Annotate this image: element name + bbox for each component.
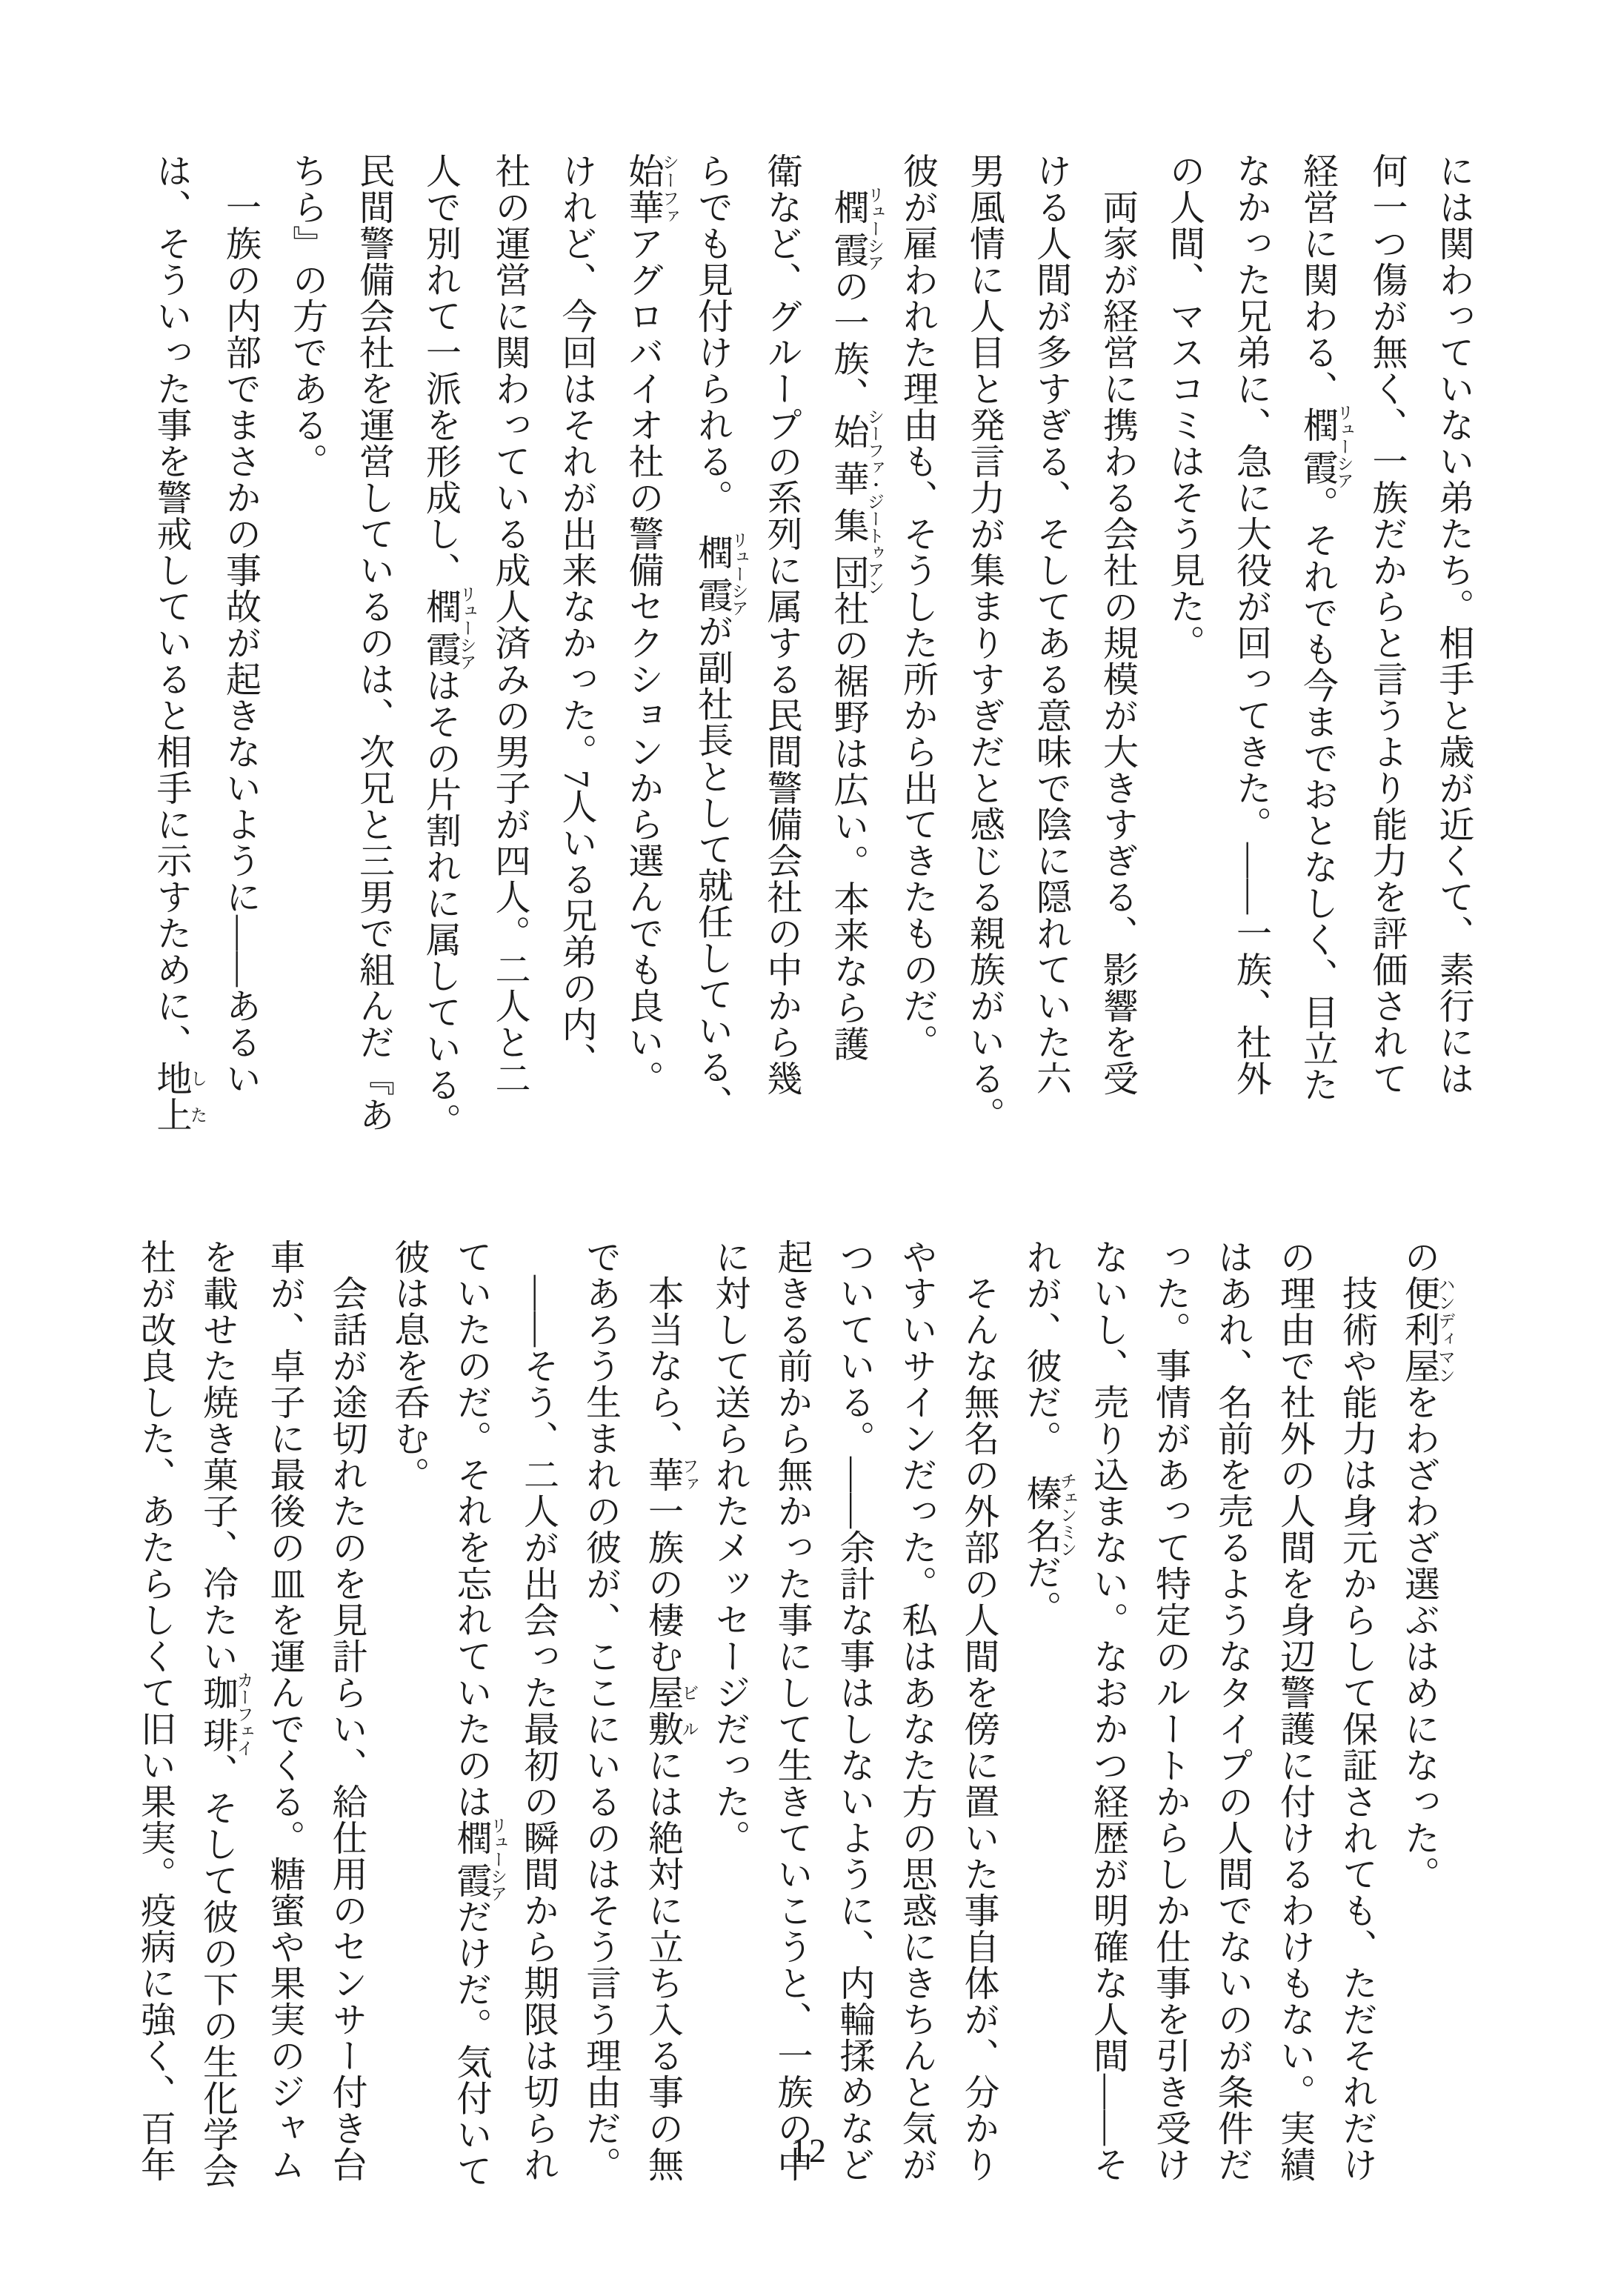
text-column: 衛など、グループの系列に属する民間警備会社の中から幾	[748, 153, 814, 1139]
text-column: はあれ、名前を売るようなタイプの人間でないのが条件だ	[1201, 1239, 1263, 2226]
ruby-annotated-word: 始華集団シーファ・ジートゥアン	[828, 413, 868, 590]
text-column: ていたのだ。それを忘れていたのは橍霞リューシアだけだ。気付いて	[439, 1239, 507, 2226]
text-column: れが、彼だ。 榛名チェンミンだ。	[1009, 1239, 1076, 2226]
text-column: けれど、今回はそれが出来なかった。7人いる兄弟の内、	[542, 153, 609, 1139]
ruby-annotated-word: 珈琲カーフェイ	[198, 1674, 237, 1754]
text-column: ちら』の方である。	[273, 153, 340, 1139]
text-column: の理由で社外の人間を身辺警護に付けるわけもない。実績	[1263, 1239, 1325, 2226]
text-column: に対して送られたメッセージだった。	[698, 1239, 760, 2226]
ruby-annotated-word: 地上した	[151, 1060, 190, 1133]
text-column: やすいサインだった。私はあなた方の思惑にきちんと気が	[885, 1239, 947, 2226]
ruby-annotated-word: 便利屋ハンディマン	[1399, 1275, 1439, 1384]
ruby-annotated-word: 橍霞リューシア	[451, 1820, 490, 1899]
text-column: 一族の内部でまさかの事故が起きないように――あるい	[207, 153, 273, 1139]
text-column: そんな無名の外部の人間を傍に置いた事自体が、分かり	[947, 1239, 1009, 2226]
text-column: 社の運営に関わっている成人済みの男子が四人。二人と二	[476, 153, 542, 1139]
ruby-annotated-word: 榛名チェンミン	[1021, 1475, 1060, 1554]
text-column: 橍霞リューシアの一族、始華集団シーファ・ジートゥアン社の裾野は広い。本来なら護	[814, 153, 884, 1139]
page-number: 12	[0, 2131, 1618, 2170]
ruby-annotated-word: 華ファ	[643, 1457, 682, 1493]
ruby-annotated-word: 橍霞リューシア	[1298, 407, 1337, 486]
text-column: 車が、卓子に最後の皿を運んでくる。糖蜜や果実のジャム	[253, 1239, 315, 2226]
text-column: 本当なら、華ファ一族の棲む屋敷ビルには絶対に立ち入る事の無	[631, 1239, 699, 2226]
ruby-annotated-word: 屋敷ビル	[643, 1674, 682, 1747]
text-column: の人間、マスコミはそう見た。	[1151, 153, 1217, 1139]
ruby-annotated-word: 橍霞リューシア	[421, 588, 460, 668]
text-column: 彼が雇われた理由も、そうした所から出てきたものだ。	[884, 153, 951, 1139]
text-block-top: には関わっていない弟たち。相手と歳が近くて、素行には何一つ傷が無く、一族だからと…	[153, 153, 1486, 1139]
text-column: の便利屋ハンディマンをわざわざ選ぶはめになった。	[1388, 1239, 1455, 2226]
text-column: 起きる前から無かった事にして生きていこうと、一族の中	[760, 1239, 822, 2226]
text-column: った。事情があって特定のルートからしか仕事を引き受け	[1139, 1239, 1201, 2226]
text-column: を載せた焼き菓子、冷たい珈琲カーフェイ、そして彼の下の生化学会	[186, 1239, 253, 2226]
text-column: 彼は息を呑む。	[377, 1239, 439, 2226]
ruby-annotated-word: 橍霞リューシア	[828, 189, 868, 268]
text-column: 民間警備会社を運営しているのは、次兄と三男で組んだ『あ	[340, 153, 407, 1139]
ruby-annotated-word: 始華シーファ	[623, 153, 662, 225]
text-column: ついている。――余計な事はしないように、内輪揉めなど	[822, 1239, 885, 2226]
book-page: には関わっていない弟たち。相手と歳が近くて、素行には何一つ傷が無く、一族だからと…	[0, 0, 1618, 2296]
text-column: であろう生まれの彼が、ここにいるのはそう言う理由だ。	[569, 1239, 631, 2226]
text-column: 技術や能力は身元からして保証されても、ただそれだけ	[1325, 1239, 1388, 2226]
text-column: 社が改良した、あたらしくて旧い果実。疫病に強く、百年	[124, 1239, 186, 2226]
text-column: 男風情に人目と発言力が集まりすぎだと感じる親族がいる。	[951, 153, 1017, 1139]
text-column: 両家が経営に携わる会社の規模が大きすぎる、影響を受	[1084, 153, 1151, 1139]
text-column: 経営に関わる、橍霞リューシア。それでも今までおとなしく、目立た	[1284, 153, 1354, 1139]
text-column: ――そう、二人が出会った最初の瞬間から期限は切られ	[507, 1239, 569, 2226]
text-column: 始華シーファアグロバイオ社の警備セクションから選んでも良い。	[609, 153, 679, 1139]
ruby-annotated-word: 橍霞リューシア	[693, 534, 732, 613]
text-column: なかった兄弟に、急に大役が回ってきた。――一族、社外	[1217, 153, 1284, 1139]
text-column: 何一つ傷が無く、一族だからと言うより能力を評価されて	[1353, 153, 1419, 1139]
text-column: は、そういった事を警戒していると相手に示すために、地上した	[137, 153, 207, 1139]
text-column: には関わっていない弟たち。相手と歳が近くて、素行には	[1419, 153, 1486, 1139]
text-column: らでも見付けられる。 橍霞リューシアが副社長として就任している、	[679, 153, 748, 1139]
text-column: 会話が途切れたのを見計らい、給仕用のセンサー付き台	[315, 1239, 377, 2226]
text-block-bottom: の便利屋ハンディマンをわざわざ選ぶはめになった。 技術や能力は身元からして保証さ…	[147, 1239, 1454, 2226]
text-column: ないし、売り込まない。なおかつ経歴が明確な人間――そ	[1076, 1239, 1139, 2226]
text-column: 人で別れて一派を形成し、橍霞リューシアはその片割れに属している。	[407, 153, 476, 1139]
text-column: ける人間が多すぎる、そしてある意味で陰に隠れていた六	[1017, 153, 1084, 1139]
